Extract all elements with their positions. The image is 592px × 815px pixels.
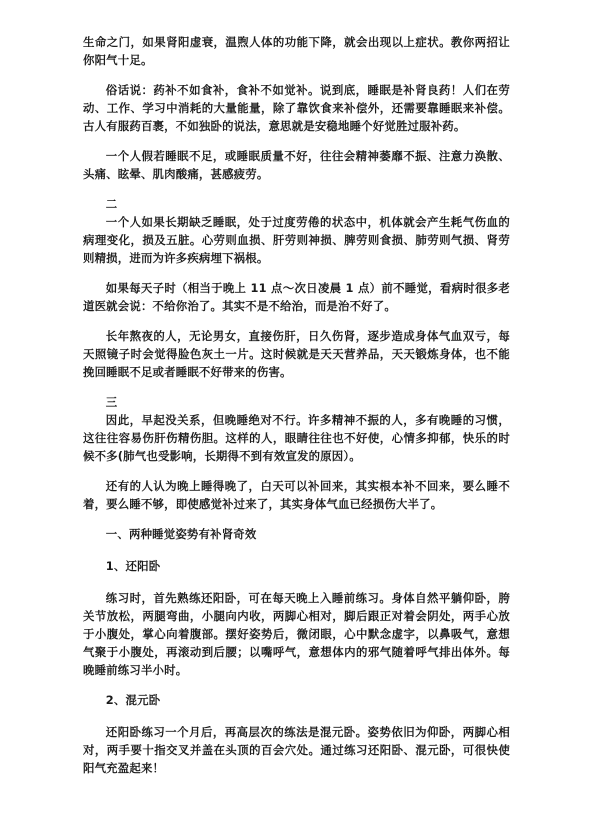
paragraph: 练习时，首先熟练还阳卧，可在每天晚上入睡前练习。身体自然平躺仰卧，胯关节放松，两… (83, 589, 510, 679)
paragraph: 俗话说：药补不如食补，食补不如觉补。说到底，睡眠是补肾良药！人们在劳动、工作、学… (83, 81, 510, 135)
paragraph: 长年熬夜的人，无论男女，直接伤肝，日久伤肾，逐步造成身体气血双亏，每天照镜子时会… (83, 327, 510, 381)
paragraph: 还有的人认为晚上睡得晚了，白天可以补回来，其实根本补不回来，要么睡不着，要么睡不… (83, 477, 510, 513)
section-marker: 三 (83, 393, 510, 411)
heading: 1、还阳卧 (83, 557, 510, 575)
paragraph: 还阳卧练习一个月后，再高层次的练法是混元卧。姿势依旧为仰卧，两脚心相对，两手要十… (83, 723, 510, 777)
paragraph: 因此，早起没关系，但晚睡绝对不行。许多精神不振的人，多有晚睡的习惯，这往往容易伤… (83, 411, 510, 465)
document-body: 生命之门，如果肾阳虚衰，温煦人体的功能下降，就会出现以上症状。教你两招让你阳气十… (83, 33, 510, 777)
heading: 一、两种睡觉姿势有补肾奇效 (83, 525, 510, 543)
continuation-paragraph: 生命之门，如果肾阳虚衰，温煦人体的功能下降，就会出现以上症状。教你两招让你阳气十… (83, 33, 510, 69)
document-page: 生命之门，如果肾阳虚衰，温煦人体的功能下降，就会出现以上症状。教你两招让你阳气十… (0, 0, 592, 815)
paragraph: 如果每天子时（相当于晚上 11 点～次日凌晨 1 点）前不睡觉，看病时很多老道医… (83, 279, 510, 315)
paragraph: 一个人如果长期缺乏睡眠，处于过度劳倦的状态中，机体就会产生耗气伤血的病理变化，损… (83, 213, 510, 267)
heading: 2、混元卧 (83, 691, 510, 709)
section-marker: 二 (83, 195, 510, 213)
paragraph: 一个人假若睡眠不足，或睡眠质量不好，往往会精神萎靡不振、注意力涣散、头痛、眩晕、… (83, 147, 510, 183)
